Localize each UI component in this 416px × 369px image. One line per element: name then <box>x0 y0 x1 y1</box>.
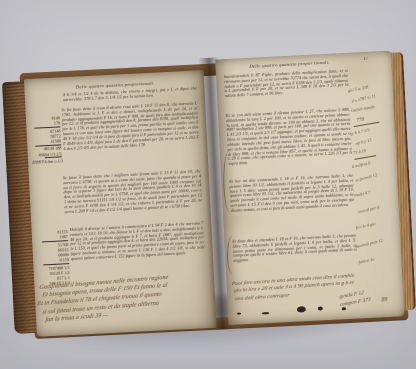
photo-of-open-antique-book: Delle quattro quantita proportionali. A … <box>0 0 416 369</box>
margin-annotation: morsil per 4 <box>358 205 380 215</box>
left-paragraph-4: Moltipli il diresse se l antara li comme… <box>69 221 205 262</box>
ink-bracket-stroke <box>223 151 233 213</box>
margin-sum-column-2: 81153 1087 51708 66913 00000 31159 71874… <box>34 229 71 287</box>
margin-annotation: 73 4 18 <box>353 148 367 155</box>
left-page: Delle quattro quantita proportionali. A … <box>24 70 217 337</box>
ink-bracket-stroke <box>227 235 236 275</box>
margin-sum-column-1: 8148 178 67148 58772 41580 48138 188 404… <box>30 115 62 165</box>
sum-total-row: Z888 F4 den o 1/3 <box>32 158 62 165</box>
margin-annotation: fo i le 4 gio <box>355 221 376 230</box>
margin-annotation: si fremoli 12 <box>355 172 378 183</box>
folio-number: 17 <box>363 57 368 62</box>
right-paragraph-1: lauedestendoli li 87 Fighe, produtto del… <box>224 69 349 99</box>
margin-annotation: mesiroli pien 12 <box>354 238 383 250</box>
margin-annotation: il s 1787 G 11 <box>351 93 376 103</box>
margin-annotation: p 4 4 7 1/3 <box>351 127 370 136</box>
margin-annotation: 778 <box>356 117 365 124</box>
left-paragraph-3: Se fusse il fusso detto che l miglioro u… <box>63 169 203 215</box>
right-paragraph-2: Et se con dell uista conto d alcuna pesa… <box>226 108 353 167</box>
right-paragraph-3: Et hor mi dite conuenendo L 18 et F 10, … <box>229 174 355 214</box>
right-page: Delle quattro quantita propor tionali. 1… <box>215 51 404 326</box>
margin-annotation: Gulish mandr <box>351 104 376 113</box>
margin-annotation: gio 5 w 338 <box>347 84 368 93</box>
annotation-underline <box>354 155 376 160</box>
margin-annotation: np 6 y 13 <box>355 137 372 146</box>
margin-annotation: malef 4 7 <box>354 190 371 198</box>
right-paragraph-4: Et doue dite et intendesi L 18 et F 10, … <box>232 234 357 264</box>
open-book: Delle quattro quantita proportionali. A … <box>1 48 414 344</box>
margin-annotation: il milfrat 9 <box>351 160 370 169</box>
ink-blot <box>318 306 323 310</box>
margin-annotation: fantor Jo <box>358 257 375 265</box>
ink-blot <box>342 307 346 310</box>
ink-blot <box>262 312 269 314</box>
corner-handwritten-number: 89 <box>381 297 388 304</box>
ink-blot <box>297 306 306 312</box>
left-paragraph-2: Se fin fusse detto il resto d alcuna cos… <box>61 101 199 151</box>
ink-blot <box>237 312 241 314</box>
